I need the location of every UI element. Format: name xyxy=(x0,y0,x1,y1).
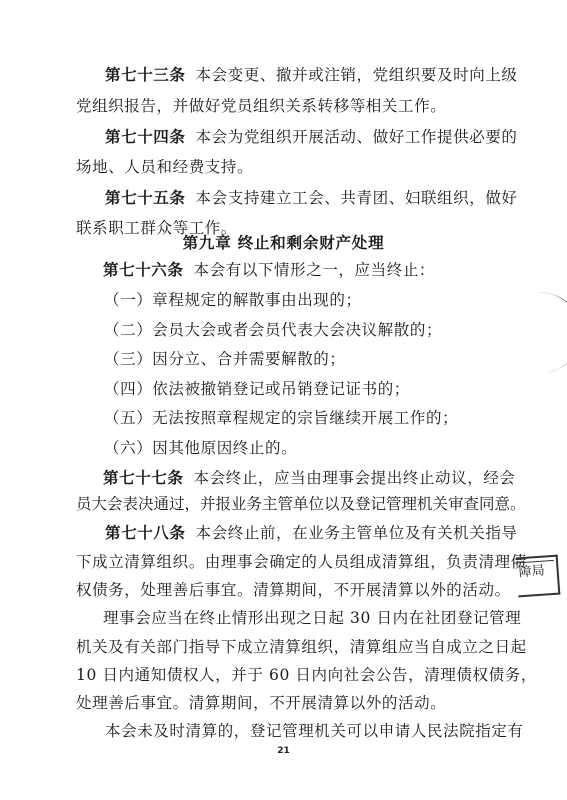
article-74-line-2: 场地、人员和经费支持。 xyxy=(76,156,516,178)
article-77-line-1: 第七十七条本会终止，应当由理事会提出终止动议，经会 xyxy=(103,467,543,489)
paragraph-liquidation-line-1: 理事会应当在终止情形出现之日起 30 日内在社团登记管理 xyxy=(103,607,543,629)
stamp-border-line xyxy=(514,560,554,564)
chapter-heading: 第九章 终止和剩余财产处理 xyxy=(0,232,567,254)
list-item-4: （四）依法被撤销登记或吊销登记证书的； xyxy=(104,378,544,400)
article-75-line-1: 第七十五条本会支持建立工会、共青团、妇联组织，做好 xyxy=(105,187,545,209)
article-78-line-3: 权债务，处理善后事宜。清算期间，不开展清算以外的活动。 xyxy=(76,579,516,601)
paragraph-liquidation-line-3: 10 日内通知债权人，并于 60 日内向社会公告，清理债权债务， xyxy=(76,664,516,686)
article-label: 第七十七条 xyxy=(103,468,184,487)
list-item-3: （三）因分立、合并需要解散的； xyxy=(104,348,544,370)
article-label: 第七十四条 xyxy=(105,127,186,146)
article-78-line-1: 第七十八条本会终止前，在业务主管单位及有关机关指导 xyxy=(105,522,545,544)
article-78-line-2: 下成立清算组织。由理事会确定的人员组成清算组，负责清理债 xyxy=(76,551,516,573)
list-item-2: （二）会员大会或者会员代表大会决议解散的； xyxy=(104,319,544,341)
page-number: 21 xyxy=(0,746,567,756)
paragraph-liquidation-line-2: 机关及有关部门指导下成立清算组织，清算组应当自成立之日起 xyxy=(76,636,516,658)
document-page: 第七十三条本会变更、撤并或注销，党组织要及时向上级 党组织报告，并做好党员组织关… xyxy=(0,0,567,800)
stamp-text: 障局 xyxy=(518,564,545,581)
paragraph-court-line-1: 本会未及时清算的，登记管理机关可以申请人民法院指定有 xyxy=(105,720,545,742)
article-label: 第七十六条 xyxy=(103,260,184,279)
article-label: 第七十五条 xyxy=(105,188,186,207)
article-label: 第七十八条 xyxy=(105,523,186,542)
article-74-line-1: 第七十四条本会为党组织开展活动、做好工作提供必要的 xyxy=(105,126,545,148)
article-label: 第七十三条 xyxy=(105,65,186,84)
article-76-line-1: 第七十六条本会有以下情形之一，应当终止： xyxy=(103,259,543,281)
article-73-line-1: 第七十三条本会变更、撤并或注销，党组织要及时向上级 xyxy=(105,64,545,86)
list-item-5: （五）无法按照章程规定的宗旨继续开展工作的； xyxy=(104,407,544,429)
article-77-line-2: 员大会表决通过，并报业务主管单位以及登记管理机关审查同意。 xyxy=(76,493,516,515)
official-stamp: 障局 xyxy=(516,555,561,598)
list-item-6: （六）因其他原因终止的。 xyxy=(104,437,544,459)
list-item-1: （一）章程规定的解散事由出现的； xyxy=(104,289,544,311)
article-73-line-2: 党组织报告，并做好党员组织关系转移等相关工作。 xyxy=(76,95,516,117)
paragraph-liquidation-line-4: 处理善后事宜。清算期间，不开展清算以外的活动。 xyxy=(76,692,516,714)
